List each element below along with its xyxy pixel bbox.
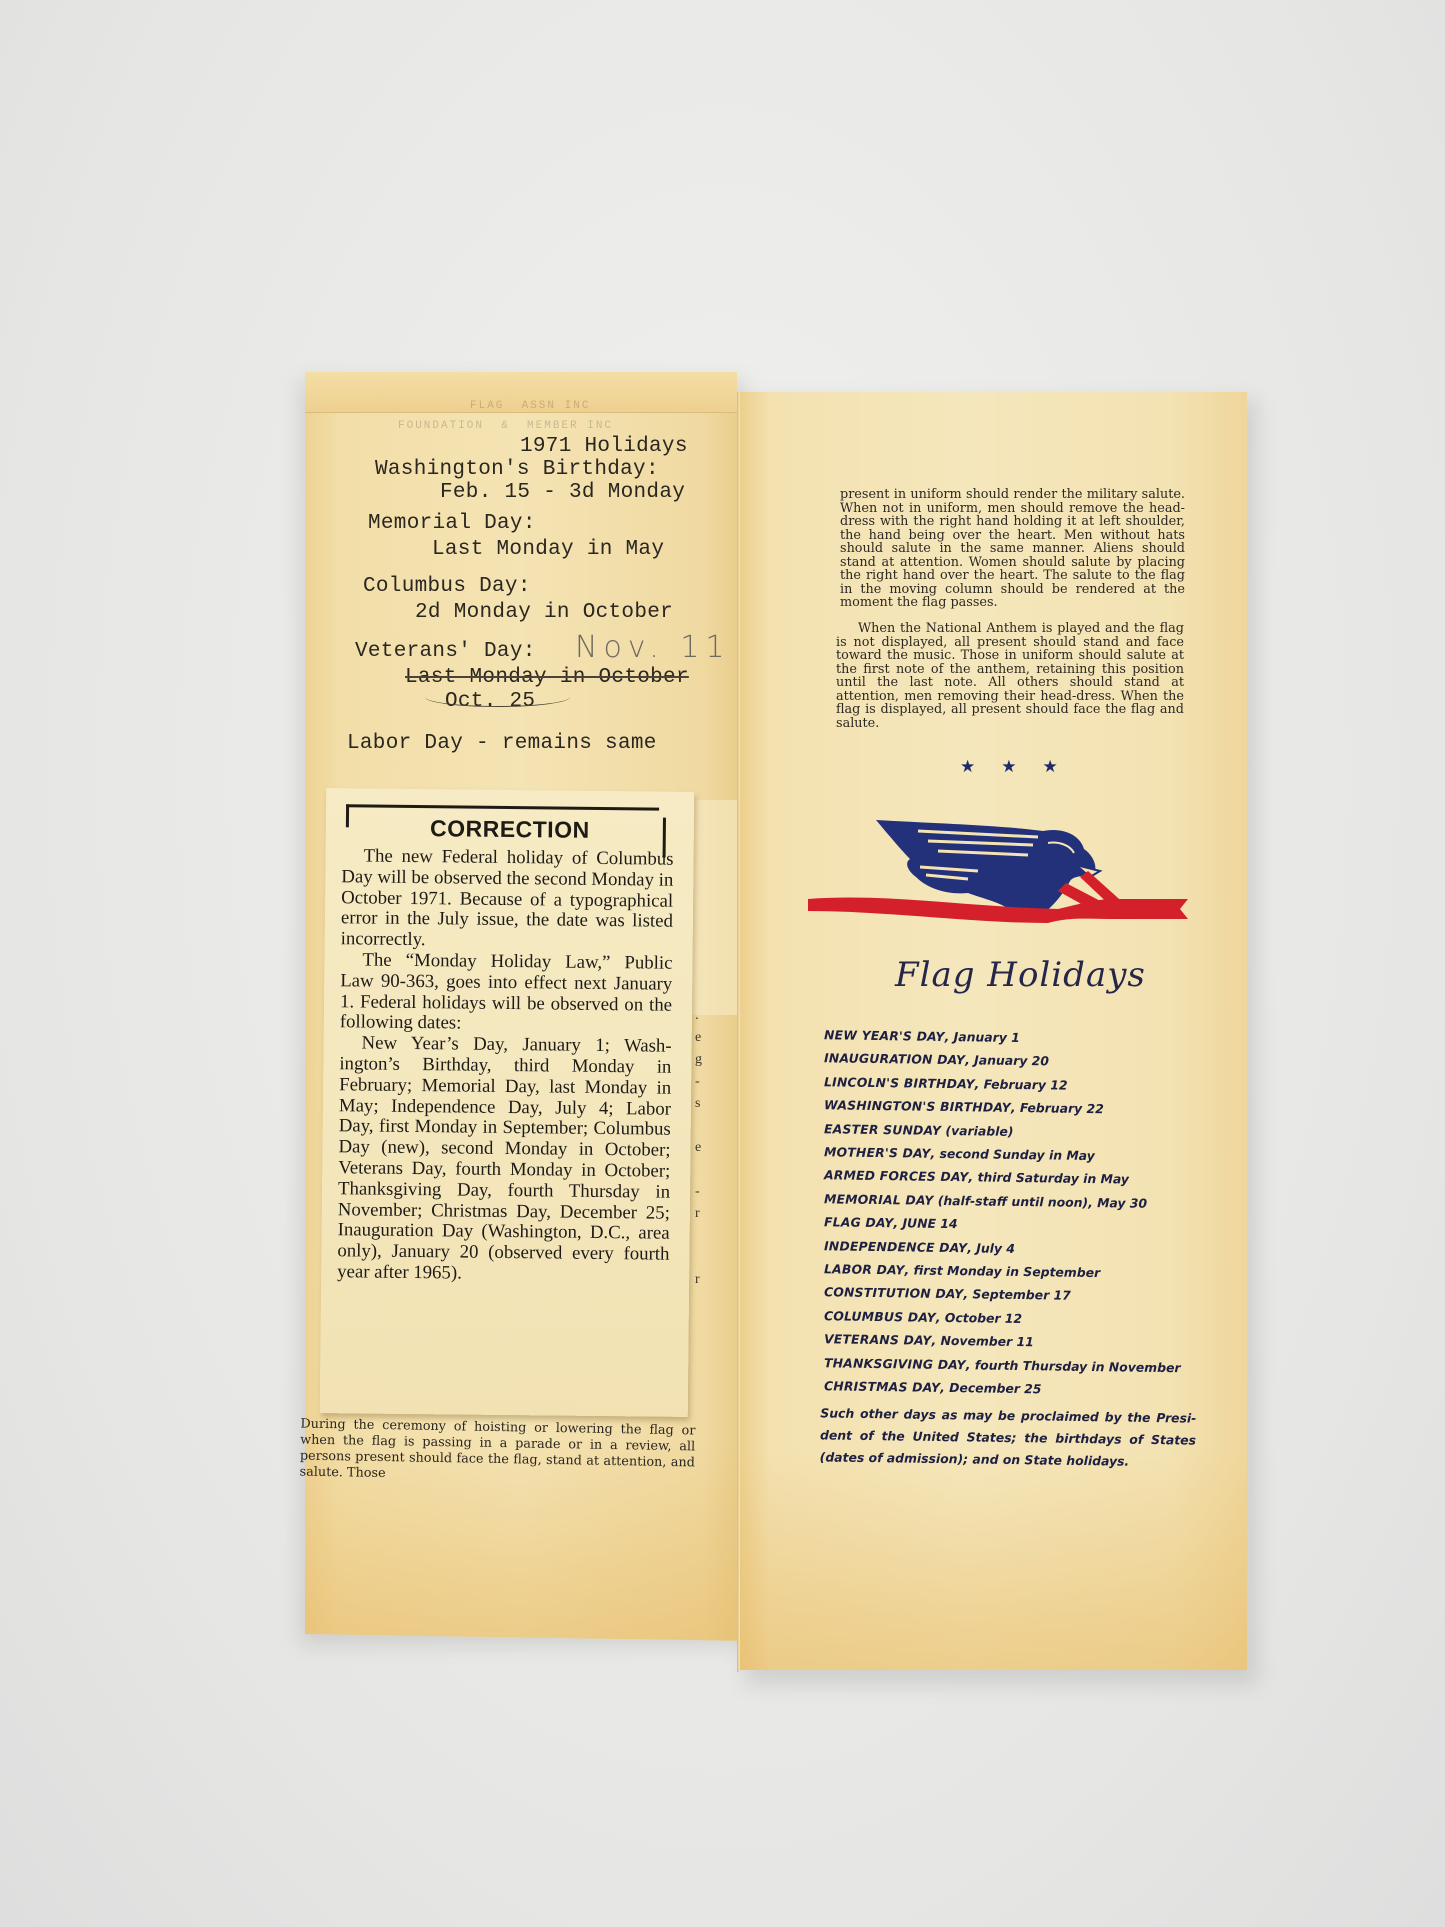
underlying-text-fragments: :eg-se-rr [695,1005,702,1291]
holiday-date: , first Monday in September [904,1262,1100,1280]
eagle-icon [876,820,1100,913]
handwritten-strike-mark [425,688,570,707]
note-washington-value: Feb. 15 - 3d Monday [440,481,685,504]
clipping-body: The new Federal holiday of Co­lumbus Day… [337,846,674,1286]
note-veterans-label: Veterans' Day: [355,640,536,663]
clipping-paragraph: The “Monday Holiday Law,” Pub­lic Law 90… [340,950,673,1037]
holiday-name: NEW YEAR'S DAY [824,1027,945,1044]
holiday-name: INDEPENDENCE DAY [824,1238,967,1255]
holiday-name: LINCOLN'S BIRTHDAY [824,1074,975,1091]
holiday-date: , second Sunday in May [930,1146,1094,1163]
note-columbus-value: 2d Monday in October [415,601,673,624]
anthem-paragraph: When the National Anthem is played and t… [836,622,1184,730]
note-washington-label: Washington's Birthday: [375,458,659,481]
note-memorial-value: Last Monday in May [432,538,664,561]
holiday-name: VETERANS DAY [824,1332,932,1349]
holiday-name: ARMED FORCES DAY [824,1168,969,1185]
holiday-date: , February 12 [975,1076,1068,1092]
clipping-paragraph: New Year’s Day, January 1; Wash­ington’s… [337,1033,672,1286]
holiday-date: (half-staff until noon), May 30 [933,1193,1147,1211]
three-stars-ornament: ★★★ [960,757,1084,777]
holiday-date: , November 11 [931,1333,1033,1349]
holiday-date: , December 25 [940,1380,1042,1396]
holiday-date: , JUNE 14 [893,1215,957,1231]
clipping-title: CORRECTION [326,814,694,845]
holiday-date: , fourth Thursday in November [966,1357,1181,1375]
holiday-name: FLAG DAY [824,1215,894,1231]
closing-note: Such other days as may be proclaimed by … [820,1402,1197,1473]
handwritten-veterans-date: Nov. 11 [575,630,730,665]
flag-holidays-list: NEW YEAR'S DAY, January 1INAUGURATION DA… [824,1026,1214,1401]
clipping-paragraph: The new Federal holiday of Co­lumbus Day… [341,846,674,953]
holiday-date: , July 4 [967,1240,1015,1256]
correction-clipping: CORRECTION The new Federal holiday of Co… [320,788,695,1417]
holiday-date: , January 1 [945,1029,1020,1045]
holiday-name: WASHINGTON'S BIRTHDAY [824,1097,1011,1115]
holiday-date: , October 12 [936,1310,1022,1326]
anthem-text: When the National Anthem is played and t… [836,622,1184,730]
faint-header-2: FOUNDATION & MEMBER INC [398,420,613,432]
note-columbus-label: Columbus Day: [363,575,531,598]
holiday-list-item: CHRISTMAS DAY, December 25 [824,1374,1214,1403]
note-labor: Labor Day - remains same [347,732,657,755]
holiday-name: COLUMBUS DAY [824,1308,936,1325]
holiday-name: THANKSGIVING DAY [824,1355,966,1372]
holiday-name: LABOR DAY [824,1261,905,1277]
faint-header-1: FLAG ASSN INC [470,400,590,412]
salute-paragraph: present in uniform should render the mil… [840,488,1185,610]
holiday-date: (variable) [941,1123,1014,1139]
holiday-name: INAUGURATION DAY [824,1051,965,1068]
holiday-name: CONSTITUTION DAY [824,1285,964,1302]
holiday-name: CHRISTMAS DAY [824,1378,940,1395]
center-fold [737,392,740,1672]
note-title: 1971 Holidays [520,435,688,458]
eagle-ribbon-emblem [808,815,1188,935]
salute-text: present in uniform should render the mil… [840,488,1185,610]
holiday-date: , January 20 [965,1053,1049,1069]
holiday-date: , third Saturday in May [968,1170,1129,1187]
holiday-name: EASTER SUNDAY [824,1121,941,1138]
holiday-name: MEMORIAL DAY [824,1191,934,1208]
holiday-date: , September 17 [963,1287,1071,1303]
holiday-name: MOTHER'S DAY [824,1144,931,1160]
flag-holidays-title: Flag Holidays [895,955,1146,995]
left-page-bottom-text: During the ceremony of hoisting or lower… [299,1417,695,1488]
holiday-date: , February 22 [1011,1100,1104,1116]
note-memorial-label: Memorial Day: [368,512,536,535]
note-veterans-struck-1: Last Monday in October [405,666,689,689]
